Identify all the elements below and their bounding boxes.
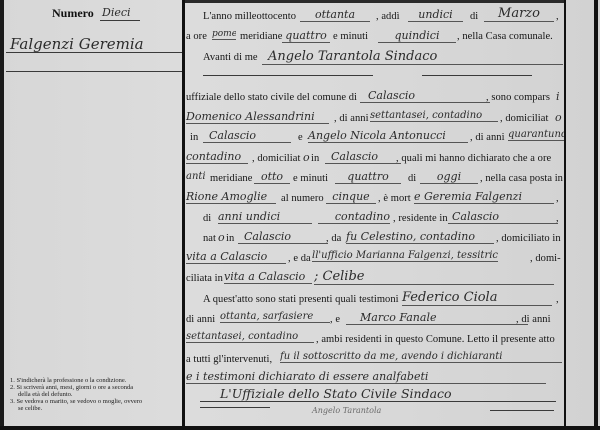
field-declarant-2-age: quarantuno <box>508 129 564 141</box>
text-e-minuti: e minuti <box>333 31 368 42</box>
blank-line-left <box>203 75 373 76</box>
text-di-anni-1: , di anni <box>334 113 369 124</box>
text-casa-comunale: , nella Casa comunale. <box>457 31 553 42</box>
field-birthplace: Calascio <box>238 230 328 244</box>
field-death-minutes: quattro <box>335 170 401 184</box>
text-meridiane: meridiane <box>240 31 282 42</box>
blank-line-right <box>422 75 532 76</box>
text-sono-compars: , sono compars <box>486 92 550 103</box>
text-domiciliat-2: , domiciliat <box>252 153 300 164</box>
text-di-anni-2: , di anni <box>470 132 505 143</box>
field-day: undici <box>408 8 463 22</box>
text-di: di <box>470 11 478 22</box>
text-ciliata-in: ciliata in <box>186 273 223 284</box>
text-e: e <box>298 132 303 143</box>
left-edge-border <box>0 0 4 430</box>
field-witness-2-age: settantasei, contadino <box>186 331 314 343</box>
field-time-period-2: anti <box>186 171 206 182</box>
text-in-2: in <box>311 153 319 164</box>
field-declarant-2-profession: contadino <box>186 150 248 164</box>
margin-divider <box>182 0 185 430</box>
field-witness-1: Federico Ciola <box>402 290 552 306</box>
field-declarant-1-town: Calascio <box>203 129 291 143</box>
field-father: fu Celestino, contadino <box>346 230 494 244</box>
text-al-numero: al numero <box>281 193 324 204</box>
field-signature-title: L'Uffiziale dello Stato Civile Sindaco <box>220 386 452 401</box>
text-uffiziale: uffiziale dello stato civile del comune … <box>186 92 357 103</box>
footnote-2b: della età del defunto. <box>18 391 73 398</box>
text-domiciliat-1: , domiciliat <box>500 113 548 124</box>
bottom-border <box>0 426 600 430</box>
text-casa-posta: , nella casa posta in <box>480 173 563 184</box>
text-comma-3: , <box>556 213 559 224</box>
text-meridiane-2: meridiane <box>210 173 252 184</box>
text-domiciliato-in: , domiciliato in <box>496 233 561 244</box>
field-minutes: quindici <box>378 29 456 43</box>
field-death-day: oggi <box>420 170 478 184</box>
text-in-1: in <box>190 132 198 143</box>
text-da: , da <box>326 233 341 244</box>
footnote-2: 2. Si scriverà anni, mesi, giorni o ore … <box>10 384 133 391</box>
text-addi: , addì <box>376 11 400 22</box>
field-officer-name: Angelo Tarantola Sindaco <box>262 49 563 65</box>
text-testimoni: A quest'atto sono stati presenti quali t… <box>203 294 399 305</box>
field-declarant-2-town: Calascio <box>325 150 401 164</box>
text-ambi-residenti: , ambi residenti in questo Comune. Letto… <box>316 334 555 345</box>
field-comune: Calascio <box>360 89 490 103</box>
footnote-3b: se celibe. <box>18 405 42 412</box>
deceased-name-margin: Falgenzi Geremia <box>10 35 144 53</box>
name-underline-2 <box>6 71 182 72</box>
field-witness-2: Marco Fanale <box>346 311 528 325</box>
field-father-residence: vita a Calascio <box>186 250 286 264</box>
text-e-minuti-2: e minuti <box>293 173 328 184</box>
field-mother-residence: vita a Calascio <box>224 270 312 284</box>
field-deceased-age: anni undici <box>218 210 312 224</box>
field-death-hour: otto <box>254 170 290 184</box>
text-nat: nat <box>203 233 216 244</box>
field-declarant-1: Domenico Alessandrini <box>186 110 329 124</box>
field-reading-note-1: fu il sottoscritto da me, avendo i dichi… <box>280 351 562 363</box>
field-domiciliat-2-suffix: o <box>303 151 310 164</box>
text-comma-4: , <box>556 294 559 305</box>
text-di-anni-3: di anni <box>186 314 215 325</box>
signature-line-left <box>200 407 270 408</box>
text-e-2: , e <box>330 314 340 325</box>
right-border-outer <box>594 0 598 430</box>
name-underline-1 <box>6 52 182 53</box>
field-declarant-2: Angelo Nicola Antonucci <box>308 129 468 143</box>
text-a-ore: a ore <box>186 31 207 42</box>
officer-signature: Angelo Tarantola <box>312 406 381 415</box>
text-in-3: in <box>226 233 234 244</box>
signature-title-underline <box>200 401 556 402</box>
field-street: Rione Amoglie <box>186 190 276 204</box>
signature-line-right <box>490 410 554 411</box>
text-domi: , domi- <box>530 253 561 264</box>
field-deceased-profession: contadino <box>318 210 390 224</box>
field-time-period: pomeridiane <box>212 29 236 40</box>
document-page: Numero Dieci Falgenzi Geremia 1. S'indic… <box>0 0 600 430</box>
record-number-value: Dieci <box>102 6 131 19</box>
field-compars-suffix: i <box>556 90 560 103</box>
field-mother: ll'ufficio Marianna Falgenzi, tessitrice <box>312 250 498 262</box>
text-tutti-intervenuti: a tutti gl'intervenuti, <box>186 354 272 365</box>
text-year-prefix: L'anno milleottocento <box>203 11 296 22</box>
field-witness-1-age: ottanta, sarfasiere <box>220 311 330 323</box>
field-domiciliat-1-suffix: o <box>555 111 562 124</box>
text-quali-dichiarato: , quali mi hanno dichiarato che a ore <box>396 153 551 164</box>
field-deceased-name: e Geremia Falgenzi <box>414 190 554 204</box>
field-year: ottanta <box>300 8 370 22</box>
field-house-number: cinque <box>326 190 376 204</box>
text-e-da: , e da <box>288 253 311 264</box>
field-residence: Calascio <box>448 210 558 224</box>
field-marital-status: ; Celibe <box>314 269 554 285</box>
field-hour: quattro <box>282 29 330 43</box>
right-border <box>564 0 566 430</box>
number-underline <box>100 20 140 21</box>
footnote-1: 1. S'indicherà la professione o la condi… <box>10 377 126 384</box>
text-e-mort: , è mort <box>378 193 411 204</box>
field-nat-suffix: o <box>218 231 225 244</box>
field-reading-note-2: e i testimoni dichiarato di essere analf… <box>186 370 546 384</box>
field-month: Marzo <box>484 6 554 22</box>
top-dark-strip <box>185 0 564 3</box>
text-di-anni-4: , di anni <box>516 314 551 325</box>
footnote-3: 3. Se vedova o marito, se vedovo o mogli… <box>10 398 142 405</box>
text-comma-2: , <box>556 193 559 204</box>
field-declarant-1-age: settantasei, contadino <box>370 110 498 122</box>
text-di-2: di <box>408 173 416 184</box>
text-comma: , <box>556 11 559 22</box>
text-residente-in: , residente in <box>393 213 448 224</box>
record-number-label: Numero <box>52 6 94 21</box>
text-di-3: di <box>203 213 211 224</box>
text-avanti-di-me: Avanti di me <box>203 52 258 63</box>
